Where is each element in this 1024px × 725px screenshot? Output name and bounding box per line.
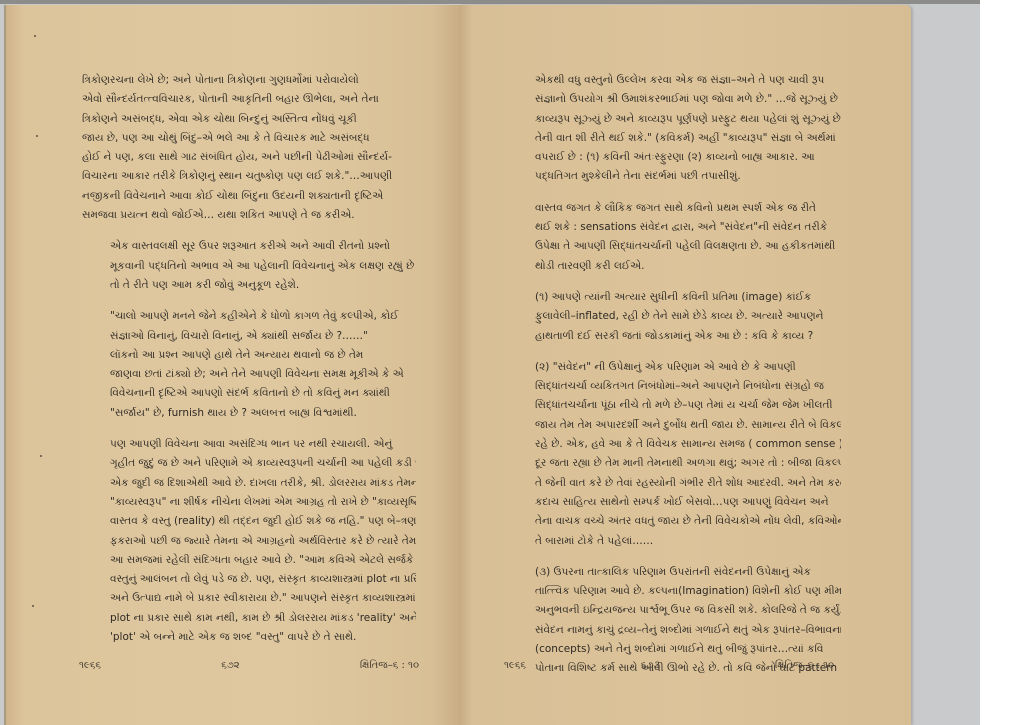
text-line: જાય છે, પણ આ ચોથું બિંદુ–એ ભલે આ કે તે વ… bbox=[82, 129, 416, 148]
paragraph: ત્રિકોણરચના લેખે છે; અને પોતાના ત્રિકોણન… bbox=[82, 71, 416, 225]
text-line: જાય તેમ તેમ અપારદર્શી અને દુર્બોધ થતી જા… bbox=[507, 416, 841, 435]
text-line: ઉપેક્ષા તે આપણી સિદ્ધાંતચર્ચાની પહેલી વિ… bbox=[507, 237, 841, 256]
text-line: 'plot' એ બન્ને માટે એક જ શબ્દ "વસ્તુ" વા… bbox=[82, 628, 416, 647]
left-page-footer: ૧૯૬૬ ૬૭૨ ક્ષિતિજ–૬ : ૧૦ bbox=[79, 657, 419, 673]
text-line: પદ્ધતિગત મુશ્કેલીને તેના સંદર્ભમાં પછી ત… bbox=[507, 167, 841, 186]
text-line: સંજ્ઞાનો ઉપયોગ શ્રી ઉમાશંકરભાઈમાં પણ જોવ… bbox=[507, 90, 841, 109]
page-number: ૬૭૨ bbox=[221, 660, 239, 671]
text-line: દૂર જતા રહ્યા છે તેમ માની તેમનાથી અળગા થ… bbox=[507, 454, 841, 473]
text-line: સંજ્ઞાઓ વિનાનું, વિચારો વિનાનું, એ ક્યાં… bbox=[82, 327, 416, 346]
text-line: સિદ્ધાંતચર્ચાના પૂંઠા નીચે તો મળે છે–પણ … bbox=[507, 396, 841, 415]
text-line: "ચાલો આપણે મનને જેને કહીએને કે ધોળો કાગળ… bbox=[82, 307, 416, 326]
text-line: હાથતાળી દઈ સરકી જતાં જોડકામાંનું એક આ છે… bbox=[507, 327, 841, 346]
text-line: ત્રિકોણને અસંબદ્ધ, એવા એક ચોથા બિન્દુનું… bbox=[82, 110, 416, 129]
right-page-body: એકથી વધુ વસ્તુનો ઉલ્લેખ કરવા એક જ સંજ્ઞા… bbox=[507, 71, 841, 679]
right-page-footer: ૧૯૬૬ ૬૭૩ ક્ષિતિજ–૬ : ૧૦ bbox=[504, 657, 834, 673]
text-line: વાસ્તવ જગત કે લૌકિક જગત સાથે કવિનો પ્રથમ… bbox=[507, 199, 841, 218]
left-page: ત્રિકોણરચના લેખે છે; અને પોતાના ત્રિકોણન… bbox=[4, 5, 459, 725]
paper-speck bbox=[34, 35, 36, 37]
text-line: ત્રિકોણરચના લેખે છે; અને પોતાના ત્રિકોણન… bbox=[82, 71, 416, 90]
text-line: તે જેની વાત કરે છે તેવાં રહસ્યોની ગંભીર … bbox=[507, 474, 841, 493]
page-number: ૬૭૩ bbox=[641, 660, 660, 671]
text-line: (૧) આપણે ત્યાંની અત્યાર સુધીની કવિની પ્ર… bbox=[507, 288, 841, 307]
text-line: પણ આપણી વિવેચના આવા અસંદિગ્ધ ભાન પર નથી … bbox=[82, 435, 416, 454]
text-line: (૩) ઉપરના તાત્કાલિક પરિણામ ઉપરાંતની સંવે… bbox=[507, 563, 841, 582]
paper-speck bbox=[40, 455, 42, 457]
text-line: ફકરાઓ પછી જ જ્યારે તેમના એ આગ્રહનો અર્થવ… bbox=[82, 532, 416, 551]
paragraph: (૧) આપણે ત્યાંની અત્યાર સુધીની કવિની પ્ર… bbox=[507, 288, 841, 346]
text-line: (૨) "સંવેદન" ની ઉપેક્ષાનું એક પરિણામ એ આ… bbox=[507, 358, 841, 377]
text-line: એકથી વધુ વસ્તુનો ઉલ્લેખ કરવા એક જ સંજ્ઞા… bbox=[507, 71, 841, 90]
text-line: વસ્તુનું આલંબન તો લેવું પડે જ છે. પણ, સં… bbox=[82, 570, 416, 589]
text-line: થોડી તારવણી કરી લઈએ. bbox=[507, 257, 841, 276]
text-line: વિચારના આકાર તરીકે ત્રિકોણનું સ્થાન ચતુષ… bbox=[82, 167, 416, 186]
left-page-body: ત્રિકોણરચના લેખે છે; અને પોતાના ત્રિકોણન… bbox=[82, 71, 416, 647]
paragraph: વાસ્તવ જગત કે લૌકિક જગત સાથે કવિનો પ્રથમ… bbox=[507, 199, 841, 276]
footer-year: ૧૯૬૬ bbox=[504, 660, 526, 671]
text-line: રહે છે. એક, હવે આ કે તે વિવેચક સામાન્ય સ… bbox=[507, 435, 841, 454]
text-line: થઈ શકે : sensations સંવેદન દ્વારા, અને "… bbox=[507, 218, 841, 237]
text-line: અનુભવની ઇન્દ્રિયજન્ય પાર્શ્વભૂ ઉપર જ વિક… bbox=[507, 601, 841, 620]
scanner-top-edge bbox=[0, 0, 980, 4]
text-line: એવો સૌન્દર્યતત્ત્વવિચારક, પોતાની આકૃતિની… bbox=[82, 90, 416, 109]
text-line: વાસ્તવ કે વસ્તુ (reality) થી તદ્દન જુદી … bbox=[82, 512, 416, 531]
paper-speck bbox=[32, 605, 34, 607]
text-line: લૉકનો આ પ્રશ્ન આપણે હાથે તેને અન્યાય થવા… bbox=[82, 346, 416, 365]
text-line: ગૃહીત જુદું જ છે અને પરિણામે એ કાવ્યસ્વર… bbox=[82, 454, 416, 473]
text-line: તેના વાચક વચ્ચે અંતર વધતું જાય છે તેની વ… bbox=[507, 512, 841, 531]
text-line: મૂકવાની પદ્ધતિનો અભાવ એ આ પહેલાની વિવેચન… bbox=[82, 257, 416, 276]
text-line: અને ઉત્પાદ્ય નામે બે પ્રકાર સ્વીકારાયા છ… bbox=[82, 589, 416, 608]
text-line: સિદ્ધાંતચર્ચા વ્યકિતગત નિબંધોમાં–અને આપણ… bbox=[507, 377, 841, 396]
paragraph: (૨) "સંવેદન" ની ઉપેક્ષાનું એક પરિણામ એ આ… bbox=[507, 358, 841, 551]
text-line: તાત્ત્વિક પરિણામ આવે છે. કલ્પના(Imaginat… bbox=[507, 582, 841, 601]
journal-issue: ક્ષિતિજ–૬ : ૧૦ bbox=[360, 660, 419, 671]
paragraph: "ચાલો આપણે મનને જેને કહીએને કે ધોળો કાગળ… bbox=[82, 307, 416, 423]
text-line: "સર્જાય" છે, furnish થાય છે ? અલબત્ત બાહ… bbox=[82, 404, 416, 423]
paper-speck bbox=[36, 135, 38, 137]
text-line: એક જુદી જ દિશાએથી આવે છે. દાખલા તરીકે, શ… bbox=[82, 474, 416, 493]
text-line: જાણવા છતાં ટાંક્યો છે; અને તેને આપણી વિવ… bbox=[82, 365, 416, 384]
text-line: તેની વાત શી રીતે થઈ શકે." (કવિકર્મ) અહીં… bbox=[507, 129, 841, 148]
text-line: કાવ્યરૂપ સૂઝ્યું છે અને કાવ્યરૂપ પૂર્ણપણ… bbox=[507, 110, 841, 129]
text-line: વિવેચનાની દૃષ્ટિએ આપણો સંદર્ભ કવિતાનો છે… bbox=[82, 384, 416, 403]
text-line: કદાચ સાહિત્ય સાથેનો સમ્પર્ક ખોઈ બેસવો…પણ… bbox=[507, 493, 841, 512]
paragraph: એકથી વધુ વસ્તુનો ઉલ્લેખ કરવા એક જ સંજ્ઞા… bbox=[507, 71, 841, 187]
text-line: તે બારામાં ટોકે તે પહેલાં…… bbox=[507, 532, 841, 551]
text-line: હોઈ ને પણ, કલા સાથે ગાઢ સંબંધિત હોય, અને… bbox=[82, 148, 416, 167]
text-line: સંવેદન નામનું કાચું દ્રવ્ય–તેનું શબ્દોમા… bbox=[507, 621, 841, 640]
footer-year: ૧૯૬૬ bbox=[79, 660, 101, 671]
journal-issue: ક્ષિતિજ–૬ : ૧૦ bbox=[775, 660, 834, 671]
paragraph: એક વાસ્તવલક્ષી સૂર ઉપર શરૂઆત કરીએ અને આવ… bbox=[82, 237, 416, 295]
right-page: એકથી વધુ વસ્તુનો ઉલ્લેખ કરવા એક જ સંજ્ઞા… bbox=[459, 5, 911, 725]
text-line: તો તે રીતે પણ આમ કરી જોવું અનુકૂળ રહેશે. bbox=[82, 276, 416, 295]
paragraph: પણ આપણી વિવેચના આવા અસંદિગ્ધ ભાન પર નથી … bbox=[82, 435, 416, 647]
text-line: "કાવ્યસ્વરૂપ" ના શીર્ષક નીચેના લેખમાં એમ… bbox=[82, 493, 416, 512]
text-line: સમજવા પ્રયત્ન થવો જોઈએ… યથા શકિત આપણે તે… bbox=[82, 206, 416, 225]
text-line: એક વાસ્તવલક્ષી સૂર ઉપર શરૂઆત કરીએ અને આવ… bbox=[82, 237, 416, 256]
text-line: ફુલાવેલી–inflated, રહી છે તેને સામે છેડે… bbox=[507, 307, 841, 326]
text-line: વપરાઈ છે : (૧) કવિની અંતઃસ્ફુરણા (૨) કાવ… bbox=[507, 148, 841, 167]
text-line: નજીકની વિવેચનાને આવા કોઈ ચોથા બિંદુના ઉદ… bbox=[82, 187, 416, 206]
text-line: plot ના પ્રકાર સાથે કામ નથી, કામ છે શ્રી… bbox=[82, 609, 416, 628]
text-line: આ સમજમાં રહેલી સંદિગ્ધતા બહાર આવે છે. "આ… bbox=[82, 551, 416, 570]
